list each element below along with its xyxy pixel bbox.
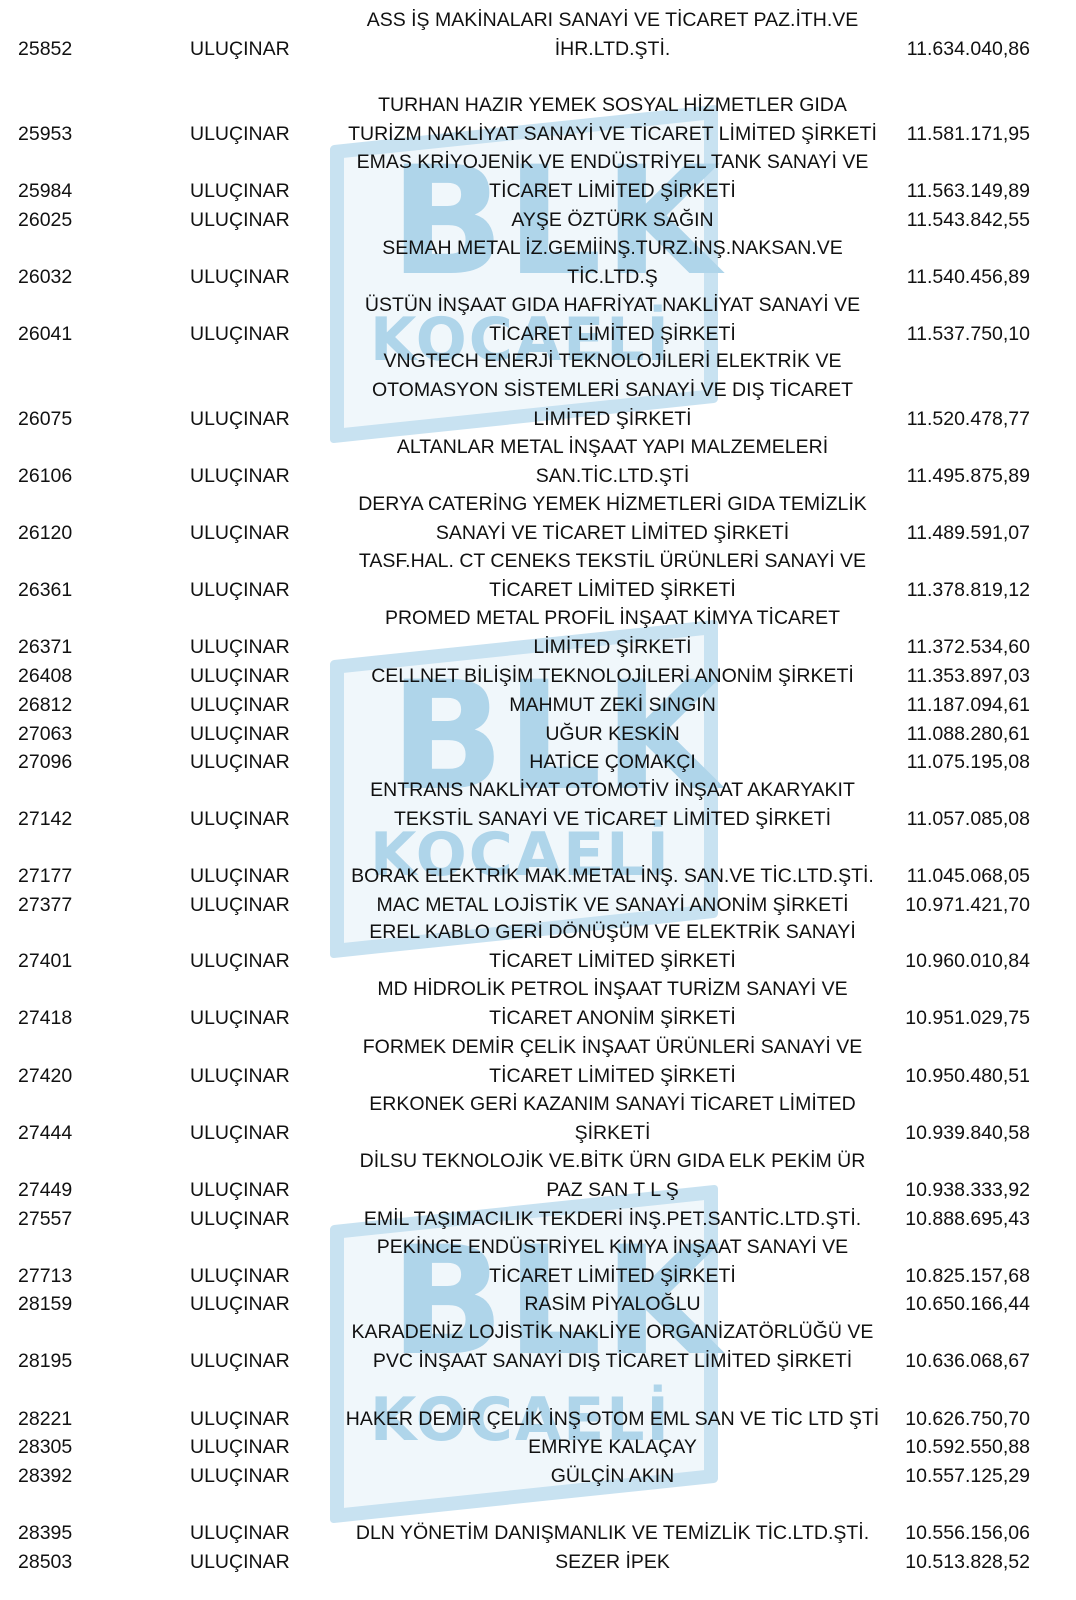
location: ULUÇINAR [190,1462,330,1491]
table-row: 26041ULUÇINARÜSTÜN İNŞAAT GIDA HAFRİYAT … [0,291,1076,349]
amount: 11.634.040,86 [860,35,1030,64]
amount: 11.489.591,07 [860,519,1030,548]
amount: 10.888.695,43 [860,1205,1030,1234]
company-name: MD HİDROLİK PETROL İNŞAAT TURİZM SANAYİ … [340,975,885,1033]
location: ULUÇINAR [190,177,330,206]
table-row: 27377ULUÇINARMAC METAL LOJİSTİK VE SANAY… [0,891,1076,920]
amount: 10.650.166,44 [860,1290,1030,1319]
company-name: TASF.HAL. CT CENEKS TEKSTİL ÜRÜNLERİ SAN… [340,547,885,605]
record-number: 26371 [18,633,138,662]
amount: 11.075.195,08 [860,748,1030,777]
location: ULUÇINAR [190,206,330,235]
record-number: 28395 [18,1519,138,1548]
company-name: PEKİNCE ENDÜSTRİYEL KİMYA İNŞAAT SANAYİ … [340,1233,885,1291]
record-number: 26041 [18,320,138,349]
company-name: SEZER İPEK [340,1548,885,1577]
location: ULUÇINAR [190,1119,330,1148]
amount: 10.592.550,88 [860,1433,1030,1462]
company-name-line: TURİZM NAKLİYAT SANAYİ VE TİCARET LİMİTE… [340,120,885,149]
location: ULUÇINAR [190,120,330,149]
company-name-line: HATİCE ÇOMAKÇI [340,748,885,777]
company-name: HATİCE ÇOMAKÇI [340,748,885,777]
table-row: 26025ULUÇINARAYŞE ÖZTÜRK SAĞIN11.543.842… [0,206,1076,235]
table-row: 27444ULUÇINARERKONEK GERİ KAZANIM SANAYİ… [0,1090,1076,1148]
record-number: 28305 [18,1433,138,1462]
company-name-line: TİCARET LİMİTED ŞİRKETİ [340,576,885,605]
amount: 11.563.149,89 [860,177,1030,206]
company-name-line: TASF.HAL. CT CENEKS TEKSTİL ÜRÜNLERİ SAN… [340,547,885,576]
location: ULUÇINAR [190,519,330,548]
company-name-line: VNGTECH ENERJİ TEKNOLOJİLERİ ELEKTRİK VE [340,347,885,376]
company-name: ASS İŞ MAKİNALARI SANAYİ VE TİCARET PAZ.… [340,6,885,64]
record-number: 28503 [18,1548,138,1577]
company-name-line: GÜLÇİN AKIN [340,1462,885,1491]
record-number: 27401 [18,947,138,976]
record-number: 27713 [18,1262,138,1291]
company-name-line: ERKONEK GERİ KAZANIM SANAYİ TİCARET LİMİ… [340,1090,885,1119]
location: ULUÇINAR [190,1290,330,1319]
amount: 10.636.068,67 [860,1347,1030,1376]
amount: 10.626.750,70 [860,1405,1030,1434]
company-name-line: OTOMASYON SİSTEMLERİ SANAYİ VE DIŞ TİCAR… [340,376,885,405]
company-name-line: EMAS KRİYOJENİK VE ENDÜSTRİYEL TANK SANA… [340,148,885,177]
company-name: RASİM PİYALOĞLU [340,1290,885,1319]
company-name-line: PEKİNCE ENDÜSTRİYEL KİMYA İNŞAAT SANAYİ … [340,1233,885,1262]
table-row: 26371ULUÇINARPROMED METAL PROFİL İNŞAAT … [0,604,1076,662]
company-name: UĞUR KESKİN [340,720,885,749]
company-name-line: FORMEK DEMİR ÇELİK İNŞAAT ÜRÜNLERİ SANAY… [340,1033,885,1062]
company-name: VNGTECH ENERJİ TEKNOLOJİLERİ ELEKTRİK VE… [340,347,885,434]
table-row: 27063ULUÇINARUĞUR KESKİN11.088.280,61 [0,720,1076,749]
record-number: 28221 [18,1405,138,1434]
record-number: 25852 [18,35,138,64]
location: ULUÇINAR [190,805,330,834]
record-number: 27096 [18,748,138,777]
record-number: 26812 [18,691,138,720]
table-row: 26361ULUÇINARTASF.HAL. CT CENEKS TEKSTİL… [0,547,1076,605]
company-name-line: ALTANLAR METAL İNŞAAT YAPI MALZEMELERİ [340,433,885,462]
record-number: 28195 [18,1347,138,1376]
record-number: 27377 [18,891,138,920]
company-name: EMAS KRİYOJENİK VE ENDÜSTRİYEL TANK SANA… [340,148,885,206]
table-row: 27713ULUÇINARPEKİNCE ENDÜSTRİYEL KİMYA İ… [0,1233,1076,1291]
company-name: FORMEK DEMİR ÇELİK İNŞAAT ÜRÜNLERİ SANAY… [340,1033,885,1091]
location: ULUÇINAR [190,891,330,920]
amount: 11.537.750,10 [860,320,1030,349]
company-name: PROMED METAL PROFİL İNŞAAT KİMYA TİCARET… [340,604,885,662]
company-name: MAC METAL LOJİSTİK VE SANAYİ ANONİM ŞİRK… [340,891,885,920]
company-name: HAKER DEMİR ÇELİK İNŞ OTOM EML SAN VE Tİ… [340,1405,885,1434]
company-name: AYŞE ÖZTÜRK SAĞIN [340,206,885,235]
amount: 10.950.480,51 [860,1062,1030,1091]
table-row: 25984ULUÇINAREMAS KRİYOJENİK VE ENDÜSTRİ… [0,148,1076,206]
company-name-line: SANAYİ VE TİCARET LİMİTED ŞİRKETİ [340,519,885,548]
company-name-line: ASS İŞ MAKİNALARI SANAYİ VE TİCARET PAZ.… [340,6,885,35]
table-row: 27557ULUÇINAREMİL TAŞIMACILIK TEKDERİ İN… [0,1205,1076,1234]
company-name-line: EMRİYE KALAÇAY [340,1433,885,1462]
company-name-line: DLN YÖNETİM DANIŞMANLIK VE TEMİZLİK TİC.… [340,1519,885,1548]
record-number: 28159 [18,1290,138,1319]
company-name: ENTRANS NAKLİYAT OTOMOTİV İNŞAAT AKARYAK… [340,776,885,834]
company-name-line: HAKER DEMİR ÇELİK İNŞ OTOM EML SAN VE Tİ… [340,1405,885,1434]
company-name-line: TEKSTİL SANAYİ VE TİCARET LİMİTED ŞİRKET… [340,805,885,834]
company-name-line: KARADENİZ LOJİSTİK NAKLİYE ORGANİZATÖRLÜ… [340,1318,885,1347]
company-name: ÜSTÜN İNŞAAT GIDA HAFRİYAT NAKLİYAT SANA… [340,291,885,349]
table-row: 26120ULUÇINARDERYA CATERİNG YEMEK HİZMET… [0,490,1076,548]
company-name-line: SEZER İPEK [340,1548,885,1577]
table-row: 28395ULUÇINARDLN YÖNETİM DANIŞMANLIK VE … [0,1519,1076,1548]
company-name-line: RASİM PİYALOĞLU [340,1290,885,1319]
amount: 10.960.010,84 [860,947,1030,976]
company-name-line: TİCARET LİMİTED ŞİRKETİ [340,1262,885,1291]
company-name-line: TİCARET LİMİTED ŞİRKETİ [340,1062,885,1091]
table-row: 27449ULUÇINARDİLSU TEKNOLOJİK VE.BİTK ÜR… [0,1147,1076,1205]
company-name-line: LİMİTED ŞİRKETİ [340,633,885,662]
company-name: DLN YÖNETİM DANIŞMANLIK VE TEMİZLİK TİC.… [340,1519,885,1548]
location: ULUÇINAR [190,1405,330,1434]
record-number: 27557 [18,1205,138,1234]
company-name-line: UĞUR KESKİN [340,720,885,749]
location: ULUÇINAR [190,1519,330,1548]
record-number: 27177 [18,862,138,891]
company-name-line: ÜSTÜN İNŞAAT GIDA HAFRİYAT NAKLİYAT SANA… [340,291,885,320]
amount: 11.543.842,55 [860,206,1030,235]
amount: 10.825.157,68 [860,1262,1030,1291]
table-row: 28221ULUÇINARHAKER DEMİR ÇELİK İNŞ OTOM … [0,1405,1076,1434]
location: ULUÇINAR [190,1205,330,1234]
company-name-line: SAN.TİC.LTD.ŞTİ [340,462,885,491]
company-name: EREL KABLO GERİ DÖNÜŞÜM VE ELEKTRİK SANA… [340,918,885,976]
company-name-line: MAHMUT ZEKİ SINGIN [340,691,885,720]
amount: 10.938.333,92 [860,1176,1030,1205]
location: ULUÇINAR [190,748,330,777]
record-number: 27142 [18,805,138,834]
company-name: EMRİYE KALAÇAY [340,1433,885,1462]
record-number: 27444 [18,1119,138,1148]
record-number: 26075 [18,405,138,434]
record-number: 27418 [18,1004,138,1033]
location: ULUÇINAR [190,263,330,292]
table-row: 26812ULUÇINARMAHMUT ZEKİ SINGIN11.187.09… [0,691,1076,720]
company-name-line: SEMAH METAL İZ.GEMİİNŞ.TURZ.İNŞ.NAKSAN.V… [340,234,885,263]
amount: 11.353.897,03 [860,662,1030,691]
company-name: ALTANLAR METAL İNŞAAT YAPI MALZEMELERİSA… [340,433,885,491]
amount: 10.556.156,06 [860,1519,1030,1548]
record-number: 26106 [18,462,138,491]
location: ULUÇINAR [190,320,330,349]
location: ULUÇINAR [190,862,330,891]
amount: 11.581.171,95 [860,120,1030,149]
document-page: BLK KOCAELİ BLK KOCAELİ BLK KOCAELİ 2585… [0,0,1076,1600]
company-name-line: İHR.LTD.ŞTİ. [340,35,885,64]
table-row: 28305ULUÇINAREMRİYE KALAÇAY10.592.550,88 [0,1433,1076,1462]
company-name-line: PAZ SAN T L Ş [340,1176,885,1205]
table-row: 28503ULUÇINARSEZER İPEK10.513.828,52 [0,1548,1076,1577]
company-name-line: DERYA CATERİNG YEMEK HİZMETLERİ GIDA TEM… [340,490,885,519]
company-name: BORAK ELEKTRİK MAK.METAL İNŞ. SAN.VE TİC… [340,862,885,891]
table-row: 27096ULUÇINARHATİCE ÇOMAKÇI11.075.195,08 [0,748,1076,777]
amount: 11.088.280,61 [860,720,1030,749]
location: ULUÇINAR [190,720,330,749]
record-number: 27449 [18,1176,138,1205]
location: ULUÇINAR [190,1548,330,1577]
record-number: 27420 [18,1062,138,1091]
amount: 10.557.125,29 [860,1462,1030,1491]
company-name: EMİL TAŞIMACILIK TEKDERİ İNŞ.PET.SANTİC.… [340,1205,885,1234]
company-name-line: DİLSU TEKNOLOJİK VE.BİTK ÜRN GIDA ELK PE… [340,1147,885,1176]
amount: 10.971.421,70 [860,891,1030,920]
table-row: 25852ULUÇINARASS İŞ MAKİNALARI SANAYİ VE… [0,6,1076,64]
company-name-line: CELLNET BİLİŞİM TEKNOLOJİLERİ ANONİM ŞİR… [340,662,885,691]
amount: 11.045.068,05 [860,862,1030,891]
location: ULUÇINAR [190,1262,330,1291]
company-name: ERKONEK GERİ KAZANIM SANAYİ TİCARET LİMİ… [340,1090,885,1148]
amount: 10.939.840,58 [860,1119,1030,1148]
location: ULUÇINAR [190,1433,330,1462]
table-row: 28159ULUÇINARRASİM PİYALOĞLU10.650.166,4… [0,1290,1076,1319]
table-row: 28392ULUÇINARGÜLÇİN AKIN10.557.125,29 [0,1462,1076,1491]
company-name: DİLSU TEKNOLOJİK VE.BİTK ÜRN GIDA ELK PE… [340,1147,885,1205]
location: ULUÇINAR [190,1176,330,1205]
location: ULUÇINAR [190,691,330,720]
table-row: 26408ULUÇINARCELLNET BİLİŞİM TEKNOLOJİLE… [0,662,1076,691]
company-name-line: PROMED METAL PROFİL İNŞAAT KİMYA TİCARET [340,604,885,633]
table-row: 27401ULUÇINAREREL KABLO GERİ DÖNÜŞÜM VE … [0,918,1076,976]
company-name-line: ENTRANS NAKLİYAT OTOMOTİV İNŞAAT AKARYAK… [340,776,885,805]
company-name-line: EREL KABLO GERİ DÖNÜŞÜM VE ELEKTRİK SANA… [340,918,885,947]
table-row: 25953ULUÇINARTURHAN HAZIR YEMEK SOSYAL H… [0,91,1076,149]
amount: 11.540.456,89 [860,263,1030,292]
amount: 11.520.478,77 [860,405,1030,434]
location: ULUÇINAR [190,1347,330,1376]
company-name-line: ŞİRKETİ [340,1119,885,1148]
table-row: 27142ULUÇINARENTRANS NAKLİYAT OTOMOTİV İ… [0,776,1076,834]
record-number: 25953 [18,120,138,149]
table-row: 26106ULUÇINARALTANLAR METAL İNŞAAT YAPI … [0,433,1076,491]
company-name: MAHMUT ZEKİ SINGIN [340,691,885,720]
company-name: GÜLÇİN AKIN [340,1462,885,1491]
amount: 11.378.819,12 [860,576,1030,605]
company-name: KARADENİZ LOJİSTİK NAKLİYE ORGANİZATÖRLÜ… [340,1318,885,1376]
location: ULUÇINAR [190,633,330,662]
location: ULUÇINAR [190,947,330,976]
record-number: 28392 [18,1462,138,1491]
amount: 11.187.094,61 [860,691,1030,720]
table-row: 26075ULUÇINARVNGTECH ENERJİ TEKNOLOJİLER… [0,347,1076,434]
location: ULUÇINAR [190,462,330,491]
company-name: TURHAN HAZIR YEMEK SOSYAL HİZMETLER GIDA… [340,91,885,149]
location: ULUÇINAR [190,576,330,605]
table-row: 27420ULUÇINARFORMEK DEMİR ÇELİK İNŞAAT Ü… [0,1033,1076,1091]
record-number: 26120 [18,519,138,548]
table-row: 27418ULUÇINARMD HİDROLİK PETROL İNŞAAT T… [0,975,1076,1033]
record-number: 26408 [18,662,138,691]
company-name-line: TİC.LTD.Ş [340,263,885,292]
company-name-line: PVC İNŞAAT SANAYİ DIŞ TİCARET LİMİTED Şİ… [340,1347,885,1376]
amount: 10.513.828,52 [860,1548,1030,1577]
table-row: 27177ULUÇINARBORAK ELEKTRİK MAK.METAL İN… [0,862,1076,891]
company-name-line: EMİL TAŞIMACILIK TEKDERİ İNŞ.PET.SANTİC.… [340,1205,885,1234]
location: ULUÇINAR [190,35,330,64]
company-name-line: TİCARET LİMİTED ŞİRKETİ [340,947,885,976]
company-name-line: AYŞE ÖZTÜRK SAĞIN [340,206,885,235]
company-name-line: BORAK ELEKTRİK MAK.METAL İNŞ. SAN.VE TİC… [340,862,885,891]
record-number: 27063 [18,720,138,749]
company-name: CELLNET BİLİŞİM TEKNOLOJİLERİ ANONİM ŞİR… [340,662,885,691]
location: ULUÇINAR [190,1062,330,1091]
record-number: 26025 [18,206,138,235]
location: ULUÇINAR [190,405,330,434]
company-name-line: MAC METAL LOJİSTİK VE SANAYİ ANONİM ŞİRK… [340,891,885,920]
table-row: 26032ULUÇINARSEMAH METAL İZ.GEMİİNŞ.TURZ… [0,234,1076,292]
record-number: 26032 [18,263,138,292]
record-number: 25984 [18,177,138,206]
company-name: SEMAH METAL İZ.GEMİİNŞ.TURZ.İNŞ.NAKSAN.V… [340,234,885,292]
company-name-line: LİMİTED ŞİRKETİ [340,405,885,434]
location: ULUÇINAR [190,1004,330,1033]
company-name-line: TURHAN HAZIR YEMEK SOSYAL HİZMETLER GIDA [340,91,885,120]
amount: 10.951.029,75 [860,1004,1030,1033]
record-number: 26361 [18,576,138,605]
company-name-line: TİCARET LİMİTED ŞİRKETİ [340,320,885,349]
amount: 11.495.875,89 [860,462,1030,491]
location: ULUÇINAR [190,662,330,691]
company-name-line: TİCARET ANONİM ŞİRKETİ [340,1004,885,1033]
company-name-line: TİCARET LİMİTED ŞİRKETİ [340,177,885,206]
amount: 11.372.534,60 [860,633,1030,662]
company-name-line: MD HİDROLİK PETROL İNŞAAT TURİZM SANAYİ … [340,975,885,1004]
amount: 11.057.085,08 [860,805,1030,834]
table-row: 28195ULUÇINARKARADENİZ LOJİSTİK NAKLİYE … [0,1318,1076,1376]
company-name: DERYA CATERİNG YEMEK HİZMETLERİ GIDA TEM… [340,490,885,548]
